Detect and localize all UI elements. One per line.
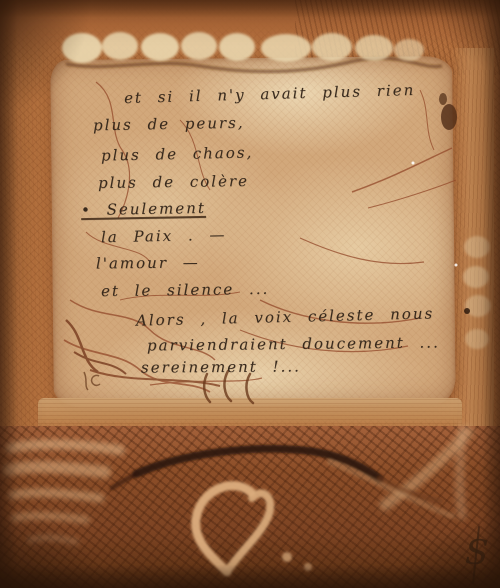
poem-line-2: plus de peurs, (93, 115, 245, 134)
artist-signature: S (462, 527, 494, 586)
poem-line-9: Alors , la voix céleste nous (136, 305, 435, 329)
poem-line-3: plus de chaos, (101, 144, 254, 164)
poem-line-8: et le silence ... (101, 281, 270, 300)
poem-line-1: et si il n'y avait plus rien (124, 82, 416, 107)
poem-line-4: plus de colère (98, 173, 249, 192)
poem-line-10: parviendraient doucement ... (147, 334, 440, 354)
painting-canvas: et si il n'y avait plus rien plus de peu… (0, 0, 500, 588)
poem-line-11: sereinement !... (141, 358, 301, 376)
poem-line-5: • Seulement (81, 200, 206, 219)
poem-line-6: la Paix . — (101, 227, 227, 246)
poem-text: et si il n'y avait plus rien plus de peu… (0, 0, 500, 588)
poem-line-7: l'amour — (96, 254, 200, 272)
